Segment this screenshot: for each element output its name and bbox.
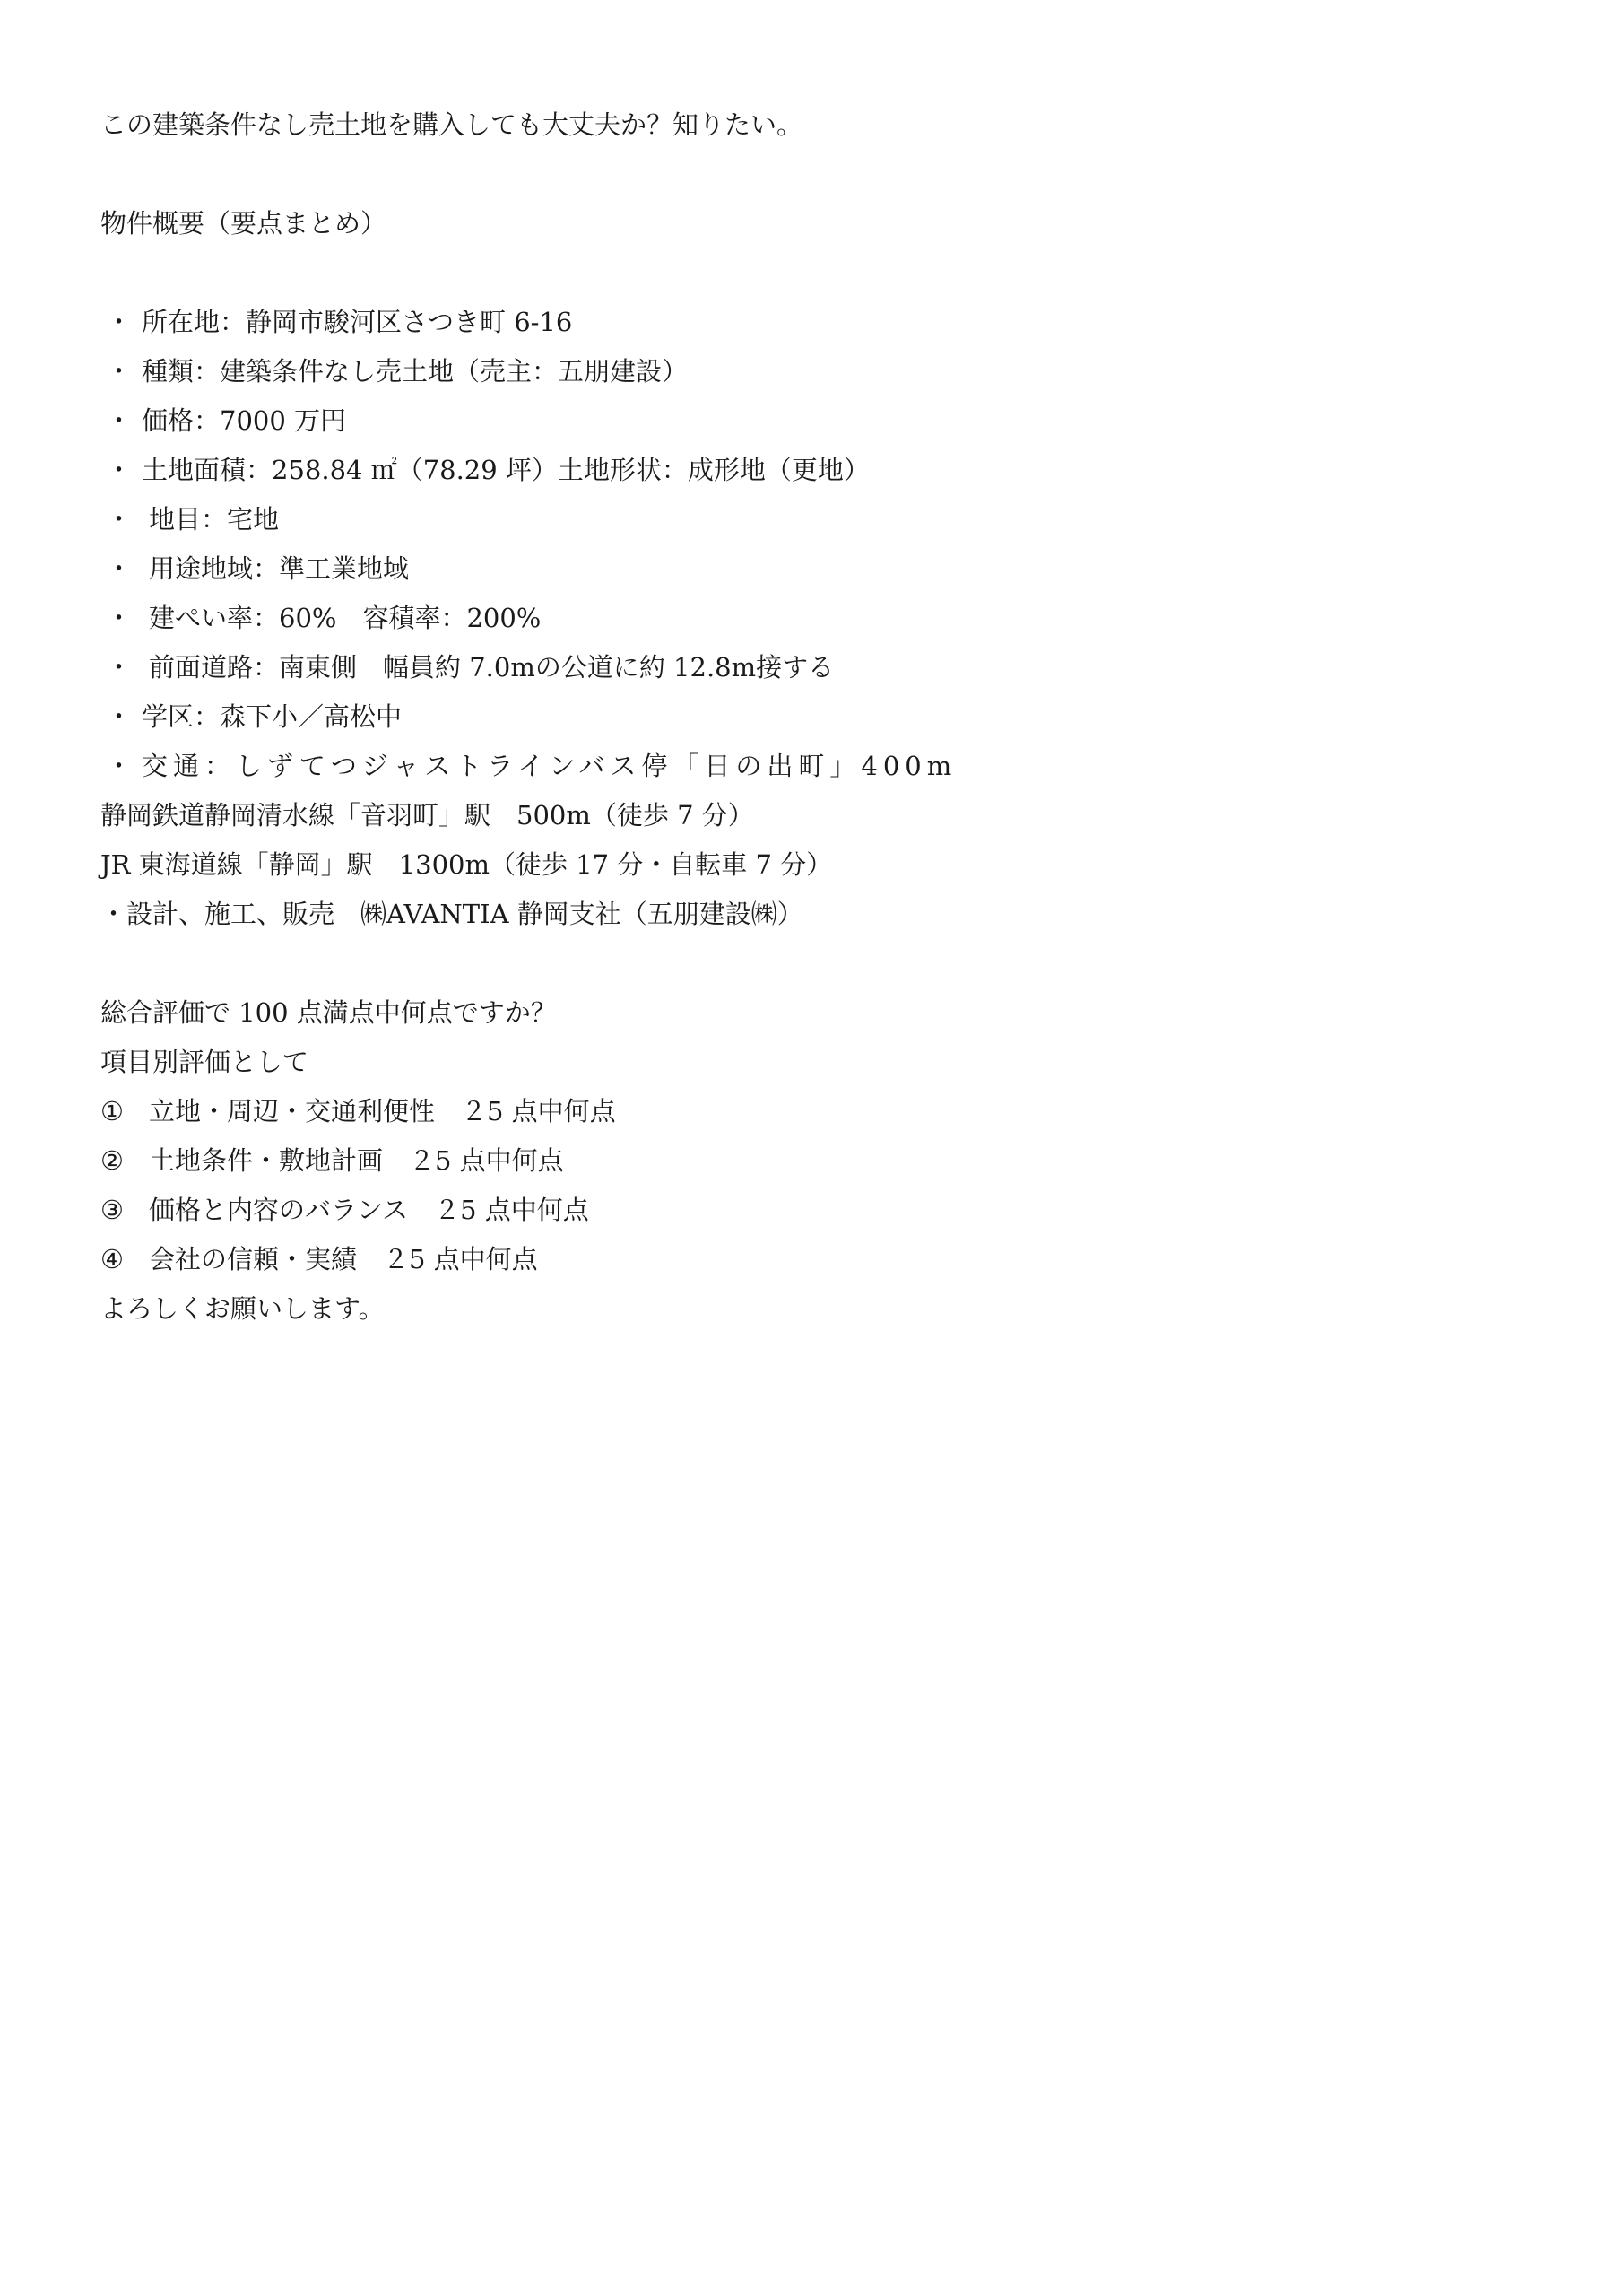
closing-line: よろしくお願いします。 xyxy=(100,1284,1535,1334)
bullet-icon: ・ xyxy=(100,692,142,742)
list-item-text: 価格：7000 万円 xyxy=(142,396,346,446)
bullet-icon: ・ xyxy=(100,495,149,544)
evaluation-item-text: 会社の信頼・実績 ２5 点中何点 xyxy=(149,1235,538,1284)
circled-number-3: ③ xyxy=(100,1186,149,1235)
list-item-text: 用途地域：準工業地域 xyxy=(149,544,409,594)
evaluation-list: ① 立地・周辺・交通利便性 ２5 点中何点 ② 土地条件・敷地計画 ２5 点中何… xyxy=(100,1087,1535,1284)
evaluation-item-price-balance: ③ 価格と内容のバランス ２5 点中何点 xyxy=(100,1186,1535,1235)
evaluation-item-text: 立地・周辺・交通利便性 ２5 点中何点 xyxy=(149,1087,616,1136)
bullet-icon: ・ xyxy=(100,298,142,347)
list-item-school-district: ・ 学区：森下小／高松中 xyxy=(100,692,1535,742)
list-item-price: ・ 価格：7000 万円 xyxy=(100,396,1535,446)
bullet-icon: ・ xyxy=(100,544,149,594)
circled-number-1: ① xyxy=(100,1087,149,1136)
list-item-text: 地目：宅地 xyxy=(149,495,279,544)
list-item-zoning: ・ 用途地域：準工業地域 xyxy=(100,544,1535,594)
list-item-transport: ・ 交通：しずてつジャストラインバス停「日の出町」400m xyxy=(100,742,1535,791)
spacer xyxy=(100,939,1535,988)
overall-score-question: 総合評価で 100 点満点中何点ですか？ xyxy=(100,988,1535,1038)
list-item-text: 土地面積：258.84 ㎡（78.29 坪）土地形状：成形地（更地） xyxy=(142,446,870,495)
list-item-text: 学区：森下小／高松中 xyxy=(142,692,402,742)
item-score-heading: 項目別評価として xyxy=(100,1038,1535,1087)
transport-line-railway: 静岡鉄道静岡清水線「音羽町」駅 500m（徒歩 7 分） xyxy=(100,791,1535,840)
list-item-text: 種類：建築条件なし売土地（売主：五朋建設） xyxy=(142,347,688,396)
bullet-icon: ・ xyxy=(100,594,149,643)
spacer xyxy=(100,248,1535,298)
evaluation-item-text: 価格と内容のバランス ２5 点中何点 xyxy=(149,1186,589,1235)
list-item-location: ・ 所在地：静岡市駿河区さつき町 6-16 xyxy=(100,298,1535,347)
summary-heading: 物件概要（要点まとめ） xyxy=(100,199,1535,248)
list-item-text: 交通：しずてつジャストラインバス停「日の出町」400m xyxy=(142,742,957,791)
evaluation-item-land: ② 土地条件・敷地計画 ２5 点中何点 xyxy=(100,1136,1535,1186)
evaluation-item-text: 土地条件・敷地計画 ２5 点中何点 xyxy=(149,1136,564,1186)
list-item-front-road: ・ 前面道路：南東側 幅員約 7.0mの公道に約 12.8m接する xyxy=(100,643,1535,692)
property-summary-list: ・ 所在地：静岡市駿河区さつき町 6-16 ・ 種類：建築条件なし売土地（売主：… xyxy=(100,298,1535,939)
evaluation-item-location: ① 立地・周辺・交通利便性 ２5 点中何点 xyxy=(100,1087,1535,1136)
list-item-text: 前面道路：南東側 幅員約 7.0mの公道に約 12.8m接する xyxy=(149,643,834,692)
evaluation-item-company-trust: ④ 会社の信頼・実績 ２5 点中何点 xyxy=(100,1235,1535,1284)
list-item-land-category: ・ 地目：宅地 xyxy=(100,495,1535,544)
document-page: この建築条件なし売土地を購入しても大丈夫か？知りたい。 物件概要（要点まとめ） … xyxy=(100,100,1535,1334)
bullet-icon: ・ xyxy=(100,446,142,495)
list-item-coverage-ratio: ・ 建ぺい率：60% 容積率：200% xyxy=(100,594,1535,643)
spacer xyxy=(100,150,1535,199)
bullet-icon: ・ xyxy=(100,742,142,791)
list-item-text: 建ぺい率：60% 容積率：200% xyxy=(149,594,541,643)
bullet-icon: ・ xyxy=(100,347,142,396)
circled-number-2: ② xyxy=(100,1136,149,1186)
transport-line-jr: JR 東海道線「静岡」駅 1300m（徒歩 17 分・自転車 7 分） xyxy=(100,840,1535,890)
company-line: ・設計、施工、販売 ㈱AVANTIA 静岡支社（五朋建設㈱） xyxy=(100,890,1535,939)
intro-question: この建築条件なし売土地を購入しても大丈夫か？知りたい。 xyxy=(100,100,1535,150)
bullet-icon: ・ xyxy=(100,396,142,446)
circled-number-4: ④ xyxy=(100,1235,149,1284)
list-item-text: 所在地：静岡市駿河区さつき町 6-16 xyxy=(142,298,572,347)
list-item-land-area: ・ 土地面積：258.84 ㎡（78.29 坪）土地形状：成形地（更地） xyxy=(100,446,1535,495)
list-item-type: ・ 種類：建築条件なし売土地（売主：五朋建設） xyxy=(100,347,1535,396)
bullet-icon: ・ xyxy=(100,643,149,692)
